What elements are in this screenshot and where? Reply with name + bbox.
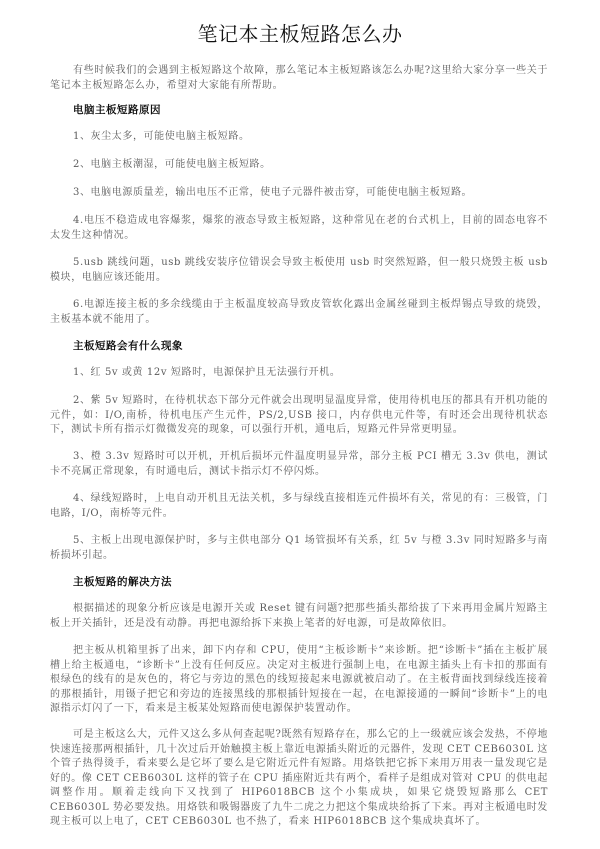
cause-item-4: 4.电压不稳造成电容爆浆，爆浆的液态导致主板短路，这种常见在老的台式机上，目前的… [50, 214, 548, 243]
solution-paragraph-3: 可是主板这么大，元件又这么多从何查起呢?既然有短路存在，那么它的上一级就应该会发… [50, 728, 548, 830]
cause-item-3: 3、电脑电源质量差，输出电压不正常，使电子元器件被击穿，可能使电脑主板短路。 [73, 186, 548, 201]
cause-item-6: 6.电源连接主板的多余线缆由于主板温度较高导致皮管软化露出金属丝碰到主板焊锡点导… [50, 298, 548, 327]
cause-item-1: 1、灰尘太多，可能使电脑主板短路。 [73, 130, 548, 145]
section-heading-symptoms: 主板短路会有什么现象 [73, 338, 183, 353]
intro-paragraph: 有些时候我们的会遇到主板短路这个故障，那么笔记本主板短路该怎么办呢?这里给大家分… [50, 64, 548, 93]
cause-item-2: 2、电脑主板潮湿，可能使电脑主板短路。 [73, 158, 548, 173]
section-heading-solutions: 主板短路的解决方法 [73, 574, 172, 589]
solution-paragraph-2: 把主板从机箱里拆了出来，卸下内存和 CPU，使用“主板诊断卡”来诊断。把“诊断卡… [50, 644, 548, 717]
symptom-item-3: 3、橙 3.3v 短路时可以开机，开机后损坏元件温度明显异常，部分主板 PCI … [50, 450, 548, 479]
solution-paragraph-1: 根据描述的现象分析应该是电源开关或 Reset 键有问题?把那些插头都给拔了下来… [50, 602, 548, 631]
symptom-item-1: 1、红 5v 或黄 12v 短路时，电源保护且无法强行开机。 [73, 366, 548, 381]
page-title: 笔记本主板短路怎么办 [0, 18, 600, 47]
section-heading-causes: 电脑主板短路原因 [73, 102, 161, 117]
symptom-item-5: 5、主板上出现电源保护时，多与主供电部分 Q1 场管损坏有关系，红 5v 与橙 … [50, 534, 548, 563]
cause-item-5: 5.usb 跳线问题，usb 跳线安装序位错误会导致主板使用 usb 时突然短路… [50, 256, 548, 285]
symptom-item-2: 2、紫 5v 短路时，在待机状态下部分元件就会出现明显温度异常，使用待机电压的都… [50, 394, 548, 438]
symptom-item-4: 4、绿线短路时，上电自动开机且无法关机，多与绿线直接相连元件损坏有关，常见的有：… [50, 492, 548, 521]
